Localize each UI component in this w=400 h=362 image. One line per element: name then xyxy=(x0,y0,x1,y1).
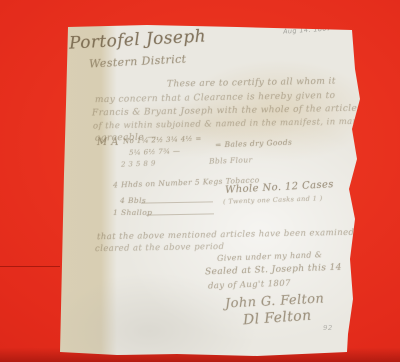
photo-of-manuscript: Aug 14. 1807 Portofel Joseph Western Dis… xyxy=(0,0,400,362)
manifest-note: ( Twenty one Casks and 1 ) xyxy=(223,194,323,205)
attest-line: cleared at the above period xyxy=(95,242,225,254)
backdrop-seam-line xyxy=(0,266,60,267)
manifest-numbers-row: 2 3 5 8 9 xyxy=(121,159,156,168)
manifest-numbers-row: 5¼ 6½ 7¾ — xyxy=(129,147,181,157)
manuscript-paper: Aug 14. 1807 Portofel Joseph Western Dis… xyxy=(57,24,365,358)
manifest-goods-label: Bbls Flour xyxy=(209,155,253,166)
addressee-location: Western District xyxy=(89,52,187,70)
manifest-row: 1 Shallop xyxy=(113,208,152,217)
signature: Dl Felton xyxy=(243,308,312,329)
manifest-rule-line xyxy=(141,201,213,203)
addressee-name: Portofel Joseph xyxy=(69,26,207,53)
closing-line: Sealed at St. Joseph this 14 xyxy=(205,263,342,278)
body-line: of the within subjoined & named in the m… xyxy=(93,117,374,132)
manifest-goods-label: = Bales dry Goods xyxy=(215,138,292,150)
closing-line: day of Aug't 1807 xyxy=(208,279,291,292)
manifest-mark: M A xyxy=(97,137,119,148)
manifest-row: 4 Bbls xyxy=(120,196,146,205)
manifest-rule-line xyxy=(146,213,214,215)
attest-line: that the above mentioned articles have b… xyxy=(97,228,354,242)
pencil-date-annotation: Aug 14. 1807 xyxy=(283,24,332,35)
body-line: Francis & Bryant Joseph with the whole o… xyxy=(92,104,362,119)
pencil-number-annotation: 92 xyxy=(323,324,333,332)
closing-line: Given under my hand & xyxy=(217,250,323,263)
body-line: may concern that a Clearance is hereby g… xyxy=(95,91,336,105)
manifest-numbers-row: No 1¼ 2½ 3¼ 4½ = xyxy=(123,135,202,146)
body-line: These are to certify to all whom it xyxy=(167,77,336,90)
